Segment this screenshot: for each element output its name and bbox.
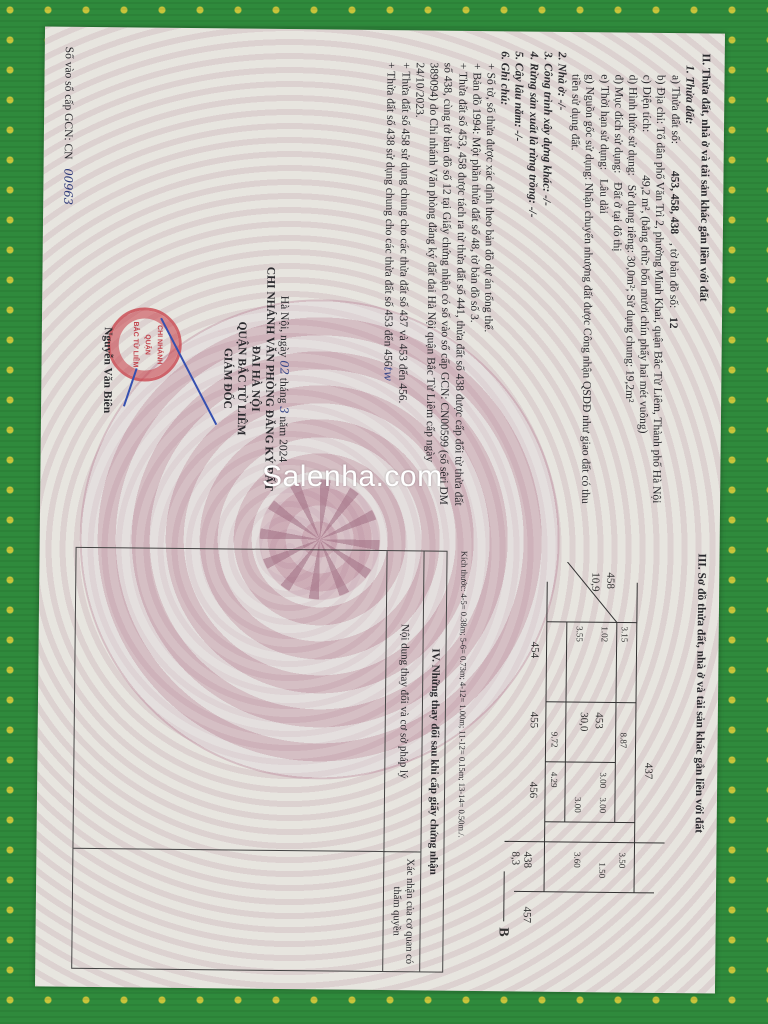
registry-number: Số vào sổ cấp GCN: CN 00963 [61,47,77,205]
watermark-text: Salenha.com [262,460,443,494]
parcel-label: 437 [642,763,654,780]
signer-title: GIÁM ĐỐC [219,258,236,498]
parcel-label: 438 [521,851,533,868]
svg-text:3.00: 3.00 [598,797,608,813]
parcel-diagram-svg: 458 10,9 453 30,0 437 438 8,3 454 455 45… [473,561,677,963]
parcel-numbers: 453, 458, 438 [667,171,680,234]
certificate-page: II. Thửa đất, nhà ở và tài sản khác gắn … [35,26,725,993]
column-header-changes: Nội dung thay đổi và cơ sở pháp lý [384,551,423,852]
parcel-label: 457 [521,906,533,923]
area-label: 8,3 [509,851,521,865]
section-2-heading: II. Thửa đất, nhà ở và tài sản khác gắn … [694,53,713,513]
registry-number-value: 00963 [61,168,75,205]
area-label: 10,9 [589,572,601,592]
note-item: + Thửa đất số 453, 458 được tách ra từ t… [408,50,470,511]
parcel-label: 455 [528,712,540,729]
certificate-content: II. Thửa đất, nhà ở và tài sản khác gắn … [35,26,725,993]
origin-row: g) Nguồn gốc sử dụng: Nhận chuyển nhượng… [564,52,597,512]
section-4-heading: IV. Những thay đổi sau khi cấp giấy chứn… [426,552,442,972]
changes-table: IV. Những thay đổi sau khi cấp giấy chứn… [71,547,447,973]
svg-text:8.87: 8.87 [619,733,629,749]
column-divider [73,848,385,852]
right-column: III. Sơ đồ thửa đất, nhà ở và tài sản kh… [63,547,707,974]
section-3-heading: III. Sơ đồ thửa đất, nhà ở và tài sản kh… [691,553,707,973]
red-seal-stamp: CHI NHÁNH QUẬN BẮC TỪ LIÊM [107,307,182,382]
parcel-label: 458 [604,572,616,589]
handwritten-initials: tw [381,366,395,381]
parcel-label: 456 [527,782,539,799]
issuing-district: QUẬN BẮC TỪ LIÊM [233,258,250,498]
svg-text:4.29: 4.29 [549,772,559,788]
issue-month: 3 [277,406,291,413]
svg-text:3.60: 3.60 [572,852,582,868]
address: Tổ dân phố Văn Trì 2, phường Minh Khai, … [650,127,666,504]
parcel-diagram: 458 10,9 453 30,0 437 438 8,3 454 455 45… [473,561,677,963]
area-label: 30,0 [578,712,590,732]
svg-text:9.72: 9.72 [550,732,560,748]
svg-text:3.50: 3.50 [617,853,627,869]
svg-text:3.55: 3.55 [575,626,585,642]
parcel-label: 453 [593,712,605,729]
map-sheet-number: 12 [667,317,679,329]
north-arrow-label: B [496,927,511,937]
changes-table-header: Nội dung thay đổi và cơ sở pháp lý Xác n… [382,551,424,971]
svg-text:1.02: 1.02 [600,626,610,642]
dimension-note: Kích thước: 4-5= 0.38m; 5-6= 0.73m; 4-12… [457,551,470,838]
section-2: II. Thửa đất, nhà ở và tài sản khác gắn … [378,50,712,513]
svg-text:3.00: 3.00 [573,797,583,813]
area-value: 49,2 m², (bằng chữ: bốn mươi chín phẩy h… [637,175,652,433]
signer-name: Nguyễn Văn Biên [101,327,114,413]
parcel-label: 454 [528,642,540,659]
svg-text:1.50: 1.50 [597,862,607,878]
issue-day: 02 [277,360,291,375]
column-header-confirmation: Xác nhận của cơ quan có thẩm quyền [389,851,416,971]
svg-text:3.00: 3.00 [598,772,608,788]
svg-text:3.15: 3.15 [620,627,630,643]
